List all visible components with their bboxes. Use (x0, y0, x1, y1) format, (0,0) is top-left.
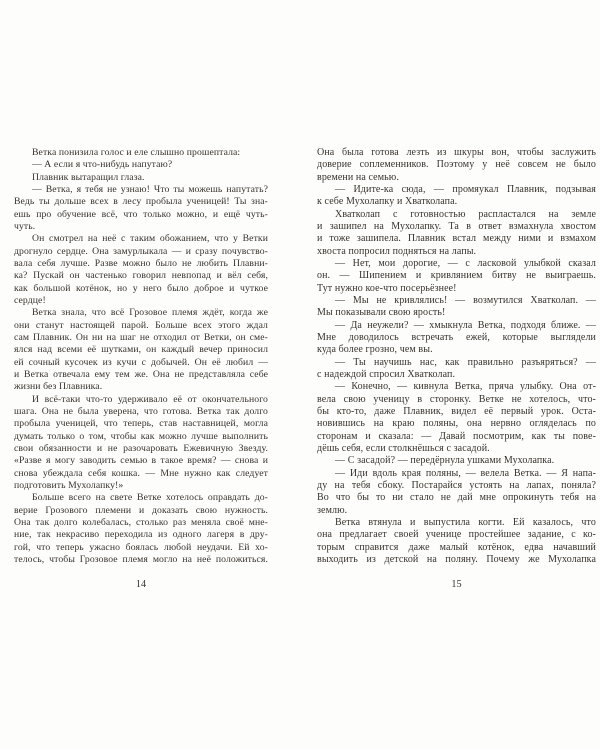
text-line: сам Плавник. Он ни на шаг не отходил от … (14, 332, 268, 344)
text-line: чуть. (14, 221, 268, 233)
text-line: Он смотрел на неё с таким обожанием, что… (14, 233, 268, 245)
text-line: к себе Мухолапку и Хватколапа. (317, 196, 596, 208)
text-line: гой, что теперь ужасно боялась любой неу… (14, 542, 268, 554)
text-line: вала себя лучше. Разве можно было не люб… (14, 258, 268, 270)
text-line: Ветка понизила голос и еле слышно прошеп… (14, 147, 268, 159)
text-line: Она так долго колебалась, столько раз ме… (14, 517, 268, 529)
text-line: ялся над всеми её шутками, он каждый веч… (14, 344, 268, 356)
text-line: Плавник вытаращил глаза. (14, 172, 268, 184)
text-line: — Да неужели? — хмыкнула Ветка, подходя … (317, 320, 596, 332)
text-line: сторонам и сказала: — Давай посмотрим, к… (317, 431, 596, 443)
text-line: — Нет, мои дорогие, — с ласковой улыбкой… (317, 258, 596, 270)
text-line: верие Грозового племени и доказать свою … (14, 505, 268, 517)
text-line: Тут нужно кое-что посерьёзнее! (317, 283, 596, 295)
text-line: и Ветка отвечала ему тем же. Она не пред… (14, 369, 268, 381)
text-line: — Идите-ка сюда, — промяукал Плавник, по… (317, 184, 596, 196)
text-line: ешь про обучение всё, что только можно, … (14, 209, 268, 221)
text-line: и тоже зашипела. Плавник встал между ним… (317, 233, 596, 245)
text-line: — Конечно, — кивнула Ветка, пряча улыбку… (317, 381, 596, 393)
text-line: торым справится даже малый котёнок, едва… (317, 542, 596, 554)
text-line: ей сочный кусочек из кучи с добычей. Он … (14, 357, 268, 369)
text-line: он. — Шипением и кривлянием битву не выи… (317, 270, 596, 282)
text-line: Она была готова лезть из шкуры вон, чтоб… (317, 147, 596, 159)
text-line: — С засадой? — передёрнула ушками Мухола… (317, 455, 596, 467)
text-line: дрогнуло сердце. Она замурлыкала — и сра… (14, 246, 268, 258)
page-number-right: 15 (317, 579, 596, 590)
text-line: снова убеждала себя кошка. — Мне нужно к… (14, 468, 268, 480)
text-line: Мне доводилось встречать ежей, которые в… (317, 332, 596, 344)
text-line: дёшь себя, если столкнёшься с засадой. (317, 443, 596, 455)
text-line: Во что бы то ни стало не дай мне опрокин… (317, 492, 596, 504)
text-line: — Иди вдоль края поляны, — велела Ветка.… (317, 468, 596, 480)
text-line: ние, так некрасиво переходила из одного … (14, 529, 268, 541)
text-line: И всё-таки что-то удерживало её от оконч… (14, 394, 268, 406)
text-line: Ведь ты дольше всех в лесу пробыла учени… (14, 196, 268, 208)
text-line: сердце! (14, 295, 268, 307)
text-line: бы кто-то, даже Плавник, видел её первый… (317, 406, 596, 418)
text-line: свои обязанности и не разочаровать Ежеви… (14, 443, 268, 455)
text-line: выходить из детской на поляну. Почему же… (317, 554, 596, 566)
text-line: Хватколап с готовностью распластался на … (317, 209, 596, 221)
text-line: как большой котёнок, но у него было добр… (14, 283, 268, 295)
text-line: вела свою ученицу в сторонку. Ветке не х… (317, 394, 596, 406)
text-line: — Мы не кривлялись! — возмутился Хваткол… (317, 295, 596, 307)
text-line: Ветка знала, что всё Грозовое племя ждёт… (14, 307, 268, 319)
text-line: жизни без Плавника. (14, 381, 268, 393)
text-line: подготовить Мухолапку!» (14, 480, 268, 492)
text-line: «Разве я могу заводить семью в такое вре… (14, 455, 268, 467)
text-line: шага. Она не была уверена, что готова. В… (14, 406, 268, 418)
text-line: Мы показывали свою ярость! (317, 307, 596, 319)
text-line: — Ты научишь нас, как правильно разъярят… (317, 357, 596, 369)
text-line: — А если я что-нибудь напутаю? (14, 159, 268, 171)
text-line: с надеждой спросил Хватколап. (317, 369, 596, 381)
text-line: Ветка втянула и выпустила когти. Ей каза… (317, 517, 596, 529)
text-line: она предлагает своей ученице простейшее … (317, 529, 596, 541)
text-line: Больше всего на свете Ветке хотелось опр… (14, 492, 268, 504)
page-number-left: 14 (14, 579, 268, 590)
text-line: думать только о том, чтобы как можно луч… (14, 431, 268, 443)
text-line: землю. (317, 505, 596, 517)
text-line: доверие соплеменников. Поэтому у неё сов… (317, 159, 596, 171)
text-line: — Ветка, я тебя не узнаю! Что ты можешь … (14, 184, 268, 196)
page-right-text-column: Она была готова лезть из шкуры вон, чтоб… (317, 147, 596, 566)
text-line: ка? Пускай он частенько говорил невпопад… (14, 270, 268, 282)
page-left-text-column: Ветка понизила голос и еле слышно прошеп… (14, 147, 268, 566)
text-line: куда более грозно, чем вы. (317, 344, 596, 356)
text-line: времени на семью. (317, 172, 596, 184)
book-spread: Ветка понизила голос и еле слышно прошеп… (0, 0, 600, 750)
text-line: и зашипел на Мухолапку. Та в ответ взмах… (317, 221, 596, 233)
text-line: новившись на краю поляны, она нервно огл… (317, 418, 596, 430)
text-line: они станут настоящей парой. Больше всех … (14, 320, 268, 332)
text-line: пробыла ученицей, что теперь, став наста… (14, 418, 268, 430)
text-line: телось, чтобы Грозовое племя могло на не… (14, 554, 268, 566)
text-line: ду на тебя сбоку. Постарайся устоять на … (317, 480, 596, 492)
text-line: хвоста попросил подняться на лапы. (317, 246, 596, 258)
